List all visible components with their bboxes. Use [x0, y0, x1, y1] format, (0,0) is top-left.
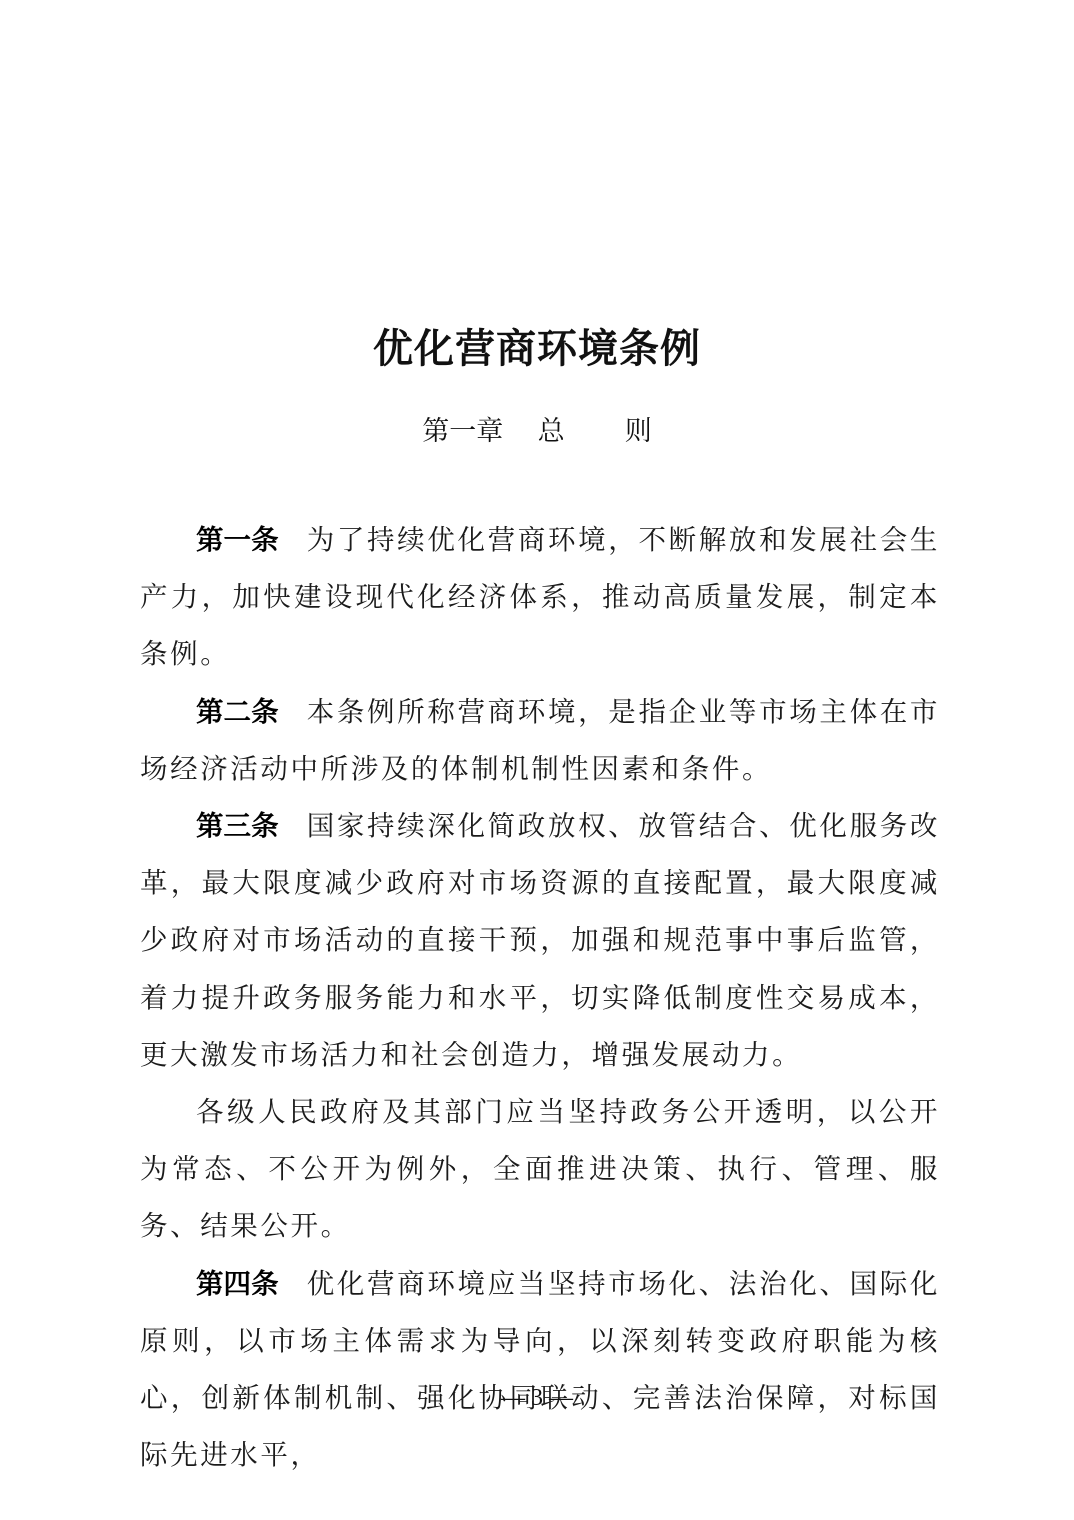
chapter-spacer	[503, 416, 537, 447]
document-title: 优化营商环境条例	[0, 323, 1074, 375]
article-label: 第四条	[196, 1268, 279, 1300]
article-label: 第二条	[196, 696, 279, 728]
page-number: — 3 —	[0, 1385, 1074, 1412]
document-body: 第一条为了持续优化营商环境，不断解放和发展社会生产力，加快建设现代化经济体系，推…	[140, 512, 940, 1484]
article-2: 第二条本条例所称营商环境，是指企业等市场主体在市场经济活动中所涉及的体制机制性因…	[140, 684, 940, 798]
article-label: 第三条	[196, 810, 279, 842]
article-3: 第三条国家持续深化简政放权、放管结合、优化服务改革，最大限度减少政府对市场资源的…	[140, 798, 940, 1084]
article-text: 国家持续深化简政放权、放管结合、优化服务改革，最大限度减少政府对市场资源的直接配…	[140, 810, 940, 1071]
article-1: 第一条为了持续优化营商环境，不断解放和发展社会生产力，加快建设现代化经济体系，推…	[140, 512, 940, 684]
chapter-number: 第一章	[422, 416, 503, 447]
article-4: 第四条优化营商环境应当坚持市场化、法治化、国际化原则，以市场主体需求为导向，以深…	[140, 1256, 940, 1485]
paragraph-text: 各级人民政府及其部门应当坚持政务公开透明，以公开为常态、不公开为例外，全面推进决…	[140, 1096, 940, 1242]
chapter-title-part2: 则	[625, 416, 652, 447]
chapter-title-part1: 总	[538, 416, 565, 447]
article-label: 第一条	[196, 524, 279, 556]
chapter-heading: 第一章 总 则	[0, 412, 1074, 452]
article-3-paragraph-2: 各级人民政府及其部门应当坚持政务公开透明，以公开为常态、不公开为例外，全面推进决…	[140, 1084, 940, 1256]
chapter-spacer	[565, 416, 625, 447]
document-page: 优化营商环境条例 第一章 总 则 第一条为了持续优化营商环境，不断解放和发展社会…	[0, 0, 1074, 1520]
